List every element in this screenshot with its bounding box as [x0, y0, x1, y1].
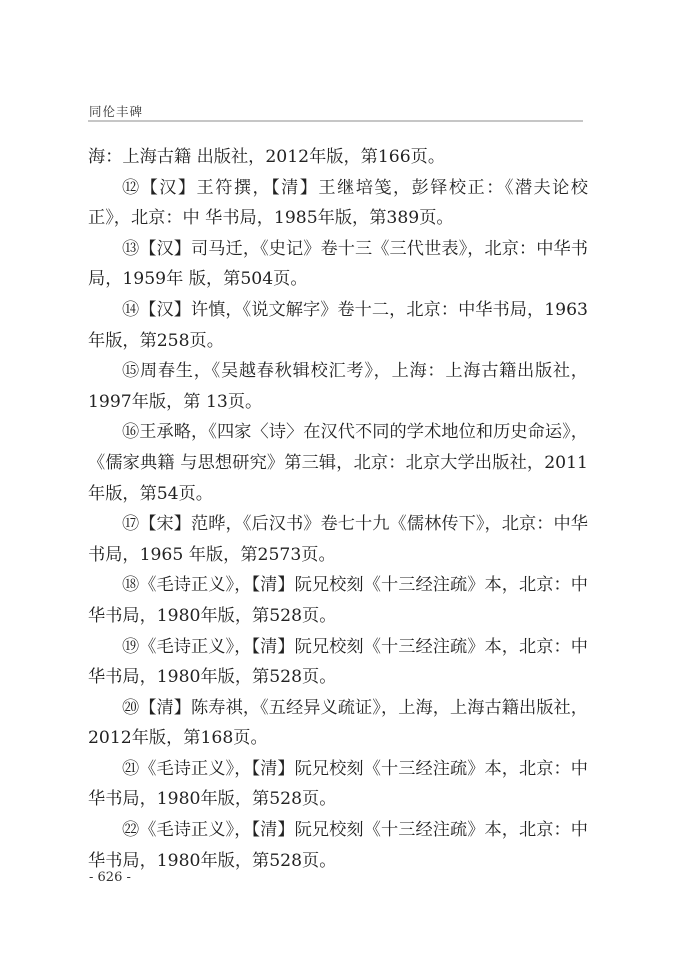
page-number: - 626 - [89, 870, 131, 885]
note-text: 周春生，《吴越春秋辑校汇考》，上海：上海古籍出版社，1997年版，第 13页。 [88, 361, 588, 412]
book-page: 同伦丰碑 海：上海古籍 出版社，2012年版，第166页。 ⑫【汉】王符撰，【清… [0, 0, 692, 968]
note-continuation: 海：上海古籍 出版社，2012年版，第166页。 [88, 142, 588, 173]
endnotes: 海：上海古籍 出版社，2012年版，第166页。 ⑫【汉】王符撰，【清】王继培笺… [88, 142, 588, 876]
note-12: ⑫【汉】王符撰，【清】王继培笺，彭铎校正：《潜夫论校正》，北京：中 华书局，19… [88, 173, 588, 234]
note-text: 【宋】范晔，《后汉书》卷七十九《儒林传下》，北京：中华书局，1965 年版，第2… [88, 514, 588, 565]
note-17: ⑰【宋】范晔，《后汉书》卷七十九《儒林传下》，北京：中华书局，1965 年版，第… [88, 509, 588, 570]
note-15: ⑮周春生，《吴越春秋辑校汇考》，上海：上海古籍出版社，1997年版，第 13页。 [88, 356, 588, 417]
note-text: 【汉】王符撰，【清】王继培笺，彭铎校正：《潜夫论校正》，北京：中 华书局，198… [88, 178, 588, 229]
note-21: ㉑《毛诗正义》，【清】阮兄校刻《十三经注疏》本，北京：中华书局，1980年版，第… [88, 754, 588, 815]
note-number: ⑯ [122, 422, 139, 442]
note-13: ⑬【汉】司马迁，《史记》卷十三《三代世表》，北京：中华书局，1959年 版，第5… [88, 234, 588, 295]
note-text: 《毛诗正义》，【清】阮兄校刻《十三经注疏》本，北京：中华书局，1980年版，第5… [88, 820, 588, 871]
note-number: ⑳ [122, 698, 139, 718]
note-text: 【清】陈寿祺，《五经异义疏证》，上海，上海古籍出版社，2012年版，第168页。 [88, 698, 588, 749]
note-number: ⑱ [122, 575, 139, 595]
note-text: 《毛诗正义》，【清】阮兄校刻《十三经注疏》本，北京：中华书局，1980年版，第5… [88, 637, 588, 688]
note-number: ㉑ [122, 759, 139, 779]
header-rule [88, 120, 583, 122]
running-head: 同伦丰碑 [89, 102, 143, 120]
note-text: 王承略，《四家〈诗〉在汉代不同的学术地位和历史命运》，《儒家典籍 与思想研究》第… [88, 422, 588, 503]
note-number: ⑰ [122, 514, 139, 534]
note-number: ⑫ [122, 178, 141, 198]
note-number: ⑲ [122, 637, 139, 657]
note-16: ⑯王承略，《四家〈诗〉在汉代不同的学术地位和历史命运》，《儒家典籍 与思想研究》… [88, 417, 588, 509]
note-number: ㉒ [122, 820, 139, 840]
note-text: 【汉】司马迁，《史记》卷十三《三代世表》，北京：中华书局，1959年 版，第50… [88, 239, 588, 290]
note-14: ⑭【汉】许慎，《说文解字》卷十二，北京：中华书局，1963年版，第258页。 [88, 295, 588, 356]
note-text: 《毛诗正义》，【清】阮兄校刻《十三经注疏》本，北京：中华书局，1980年版，第5… [88, 575, 588, 626]
note-number: ⑮ [122, 361, 140, 381]
note-19: ⑲《毛诗正义》，【清】阮兄校刻《十三经注疏》本，北京：中华书局，1980年版，第… [88, 632, 588, 693]
note-text: 【汉】许慎，《说文解字》卷十二，北京：中华书局，1963年版，第258页。 [88, 300, 588, 351]
note-number: ⑭ [122, 300, 139, 320]
note-18: ⑱《毛诗正义》，【清】阮兄校刻《十三经注疏》本，北京：中华书局，1980年版，第… [88, 570, 588, 631]
note-text: 《毛诗正义》，【清】阮兄校刻《十三经注疏》本，北京：中华书局，1980年版，第5… [88, 759, 588, 810]
note-20: ⑳【清】陈寿祺，《五经异义疏证》，上海，上海古籍出版社，2012年版，第168页… [88, 693, 588, 754]
note-22: ㉒《毛诗正义》，【清】阮兄校刻《十三经注疏》本，北京：中华书局，1980年版，第… [88, 815, 588, 876]
note-number: ⑬ [122, 239, 139, 259]
